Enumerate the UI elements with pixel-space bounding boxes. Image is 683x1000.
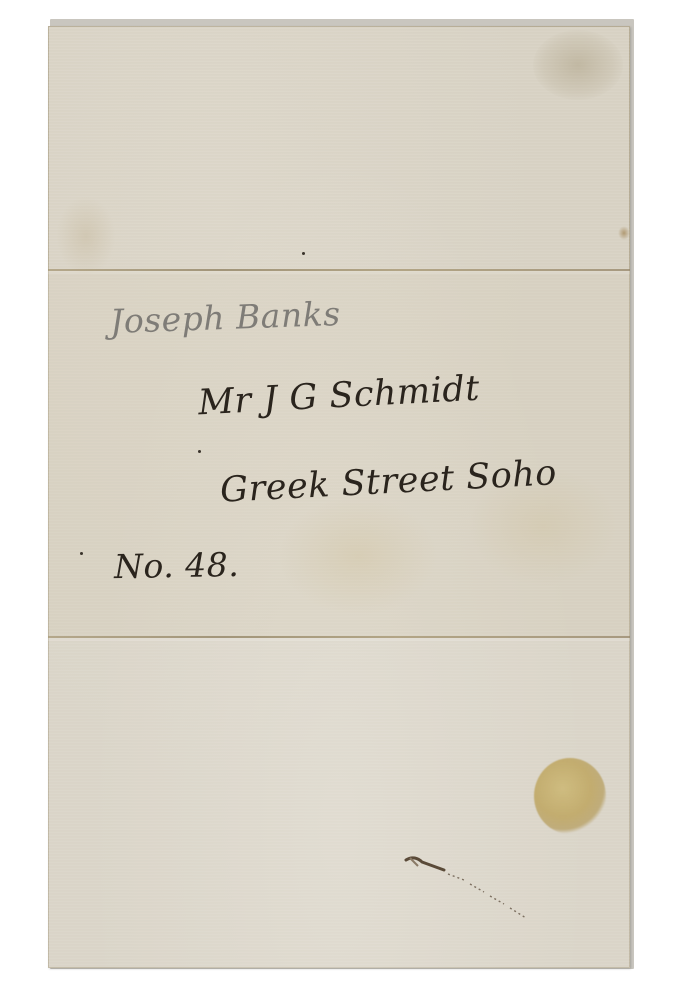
letter-paper: Joseph Banks Mr J G Schmidt Greek Street… (48, 26, 630, 968)
ink-speck (198, 450, 201, 453)
wax-seal-stain (534, 758, 606, 834)
letter-number: No. 48. (114, 545, 240, 586)
edge-stain-right (618, 226, 630, 240)
lower-fold-crease (48, 636, 630, 638)
ink-speck (302, 252, 305, 255)
top-fold-panel (48, 26, 630, 270)
signature-joseph-banks: Joseph Banks (109, 294, 341, 341)
wax-smear-mark (404, 854, 534, 924)
upper-fold-crease (48, 269, 630, 271)
ink-speck (80, 552, 83, 555)
scan-canvas: Joseph Banks Mr J G Schmidt Greek Street… (0, 0, 683, 1000)
